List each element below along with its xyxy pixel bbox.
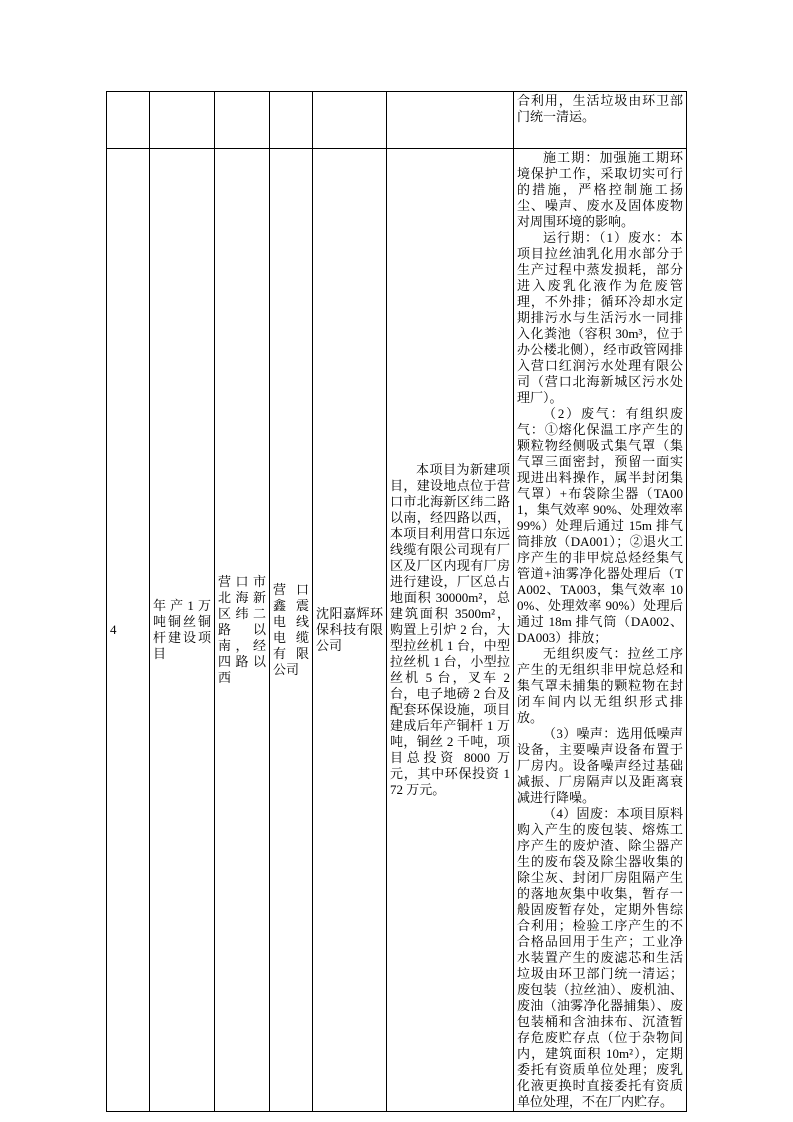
- cell-measures-continued: 合利用，生活垃圾由环卫部门统一清运。: [514, 92, 687, 149]
- document-page: 合利用，生活垃圾由环卫部门统一清运。 4 年产1万吨铜丝铜杆建设项目 营口市北海…: [0, 0, 793, 1122]
- cell-empty-serial: [107, 92, 150, 149]
- measure-paragraph-wastewater: 运行期：（1）废水：本项目拉丝油乳化用水部分于生产过程中蒸发损耗，部分进入废乳化…: [517, 230, 683, 406]
- cell-overview: 本项目为新建项目，建设地点位于营口市北海新区纬二路以南，经四路以西，本项目利用营…: [387, 149, 514, 1112]
- cell-empty-construction-unit: [270, 92, 313, 149]
- cell-empty-location: [215, 92, 270, 149]
- cell-construction-unit: 营口鑫震电线电缆有限公司: [270, 149, 313, 1112]
- cell-project-name: 年产1万吨铜丝铜杆建设项目: [150, 149, 215, 1112]
- measure-paragraph-noise: （3）噪声：选用低噪声设备，主要噪声设备布置于厂房内。设备噪声经过基础减振、厂房…: [517, 726, 683, 806]
- cell-serial: 4: [107, 149, 150, 1112]
- measures-continued-text: 合利用，生活垃圾由环卫部门统一清运。: [517, 93, 683, 125]
- cell-location: 营口市北海新区纬二路以南，经四路以西: [215, 149, 270, 1112]
- cell-empty-project-name: [150, 92, 215, 149]
- measure-paragraph-construction: 施工期：加强施工期环境保护工作，采取切实可行的措施，严格控制施工扬尘、噪声、废水…: [517, 150, 683, 230]
- table-row-continuation: 合利用，生活垃圾由环卫部门统一清运。: [107, 92, 687, 149]
- overview-text: 本项目为新建项目，建设地点位于营口市北海新区纬二路以南，经四路以西，本项目利用营…: [390, 462, 510, 798]
- cell-measures: 施工期：加强施工期环境保护工作，采取切实可行的措施，严格控制施工扬尘、噪声、废水…: [514, 149, 687, 1112]
- cell-eia-agency: 沈阳嘉辉环保科技有限公司: [313, 149, 387, 1112]
- measure-paragraph-organized-gas: （2）废气：有组织废气：①熔化保温工序产生的颗粒物经侧吸式集气罩（集气罩三面密封…: [517, 406, 683, 646]
- measure-paragraph-solid-waste: （4）固废：本项目原料购入产生的废包装、熔炼工序产生的废炉渣、除尘器产生的废布袋…: [517, 806, 683, 1110]
- table-row-project-4: 4 年产1万吨铜丝铜杆建设项目 营口市北海新区纬二路以南，经四路以西 营口鑫震电…: [107, 149, 687, 1112]
- cell-empty-eia-agency: [313, 92, 387, 149]
- cell-empty-overview: [387, 92, 514, 149]
- measure-paragraph-fugitive-gas: 无组织废气：拉丝工序产生的无组织非甲烷总烃和集气罩未捕集的颗粒物在封闭车间内以无…: [517, 646, 683, 726]
- eia-project-table: 合利用，生活垃圾由环卫部门统一清运。 4 年产1万吨铜丝铜杆建设项目 营口市北海…: [106, 91, 687, 1112]
